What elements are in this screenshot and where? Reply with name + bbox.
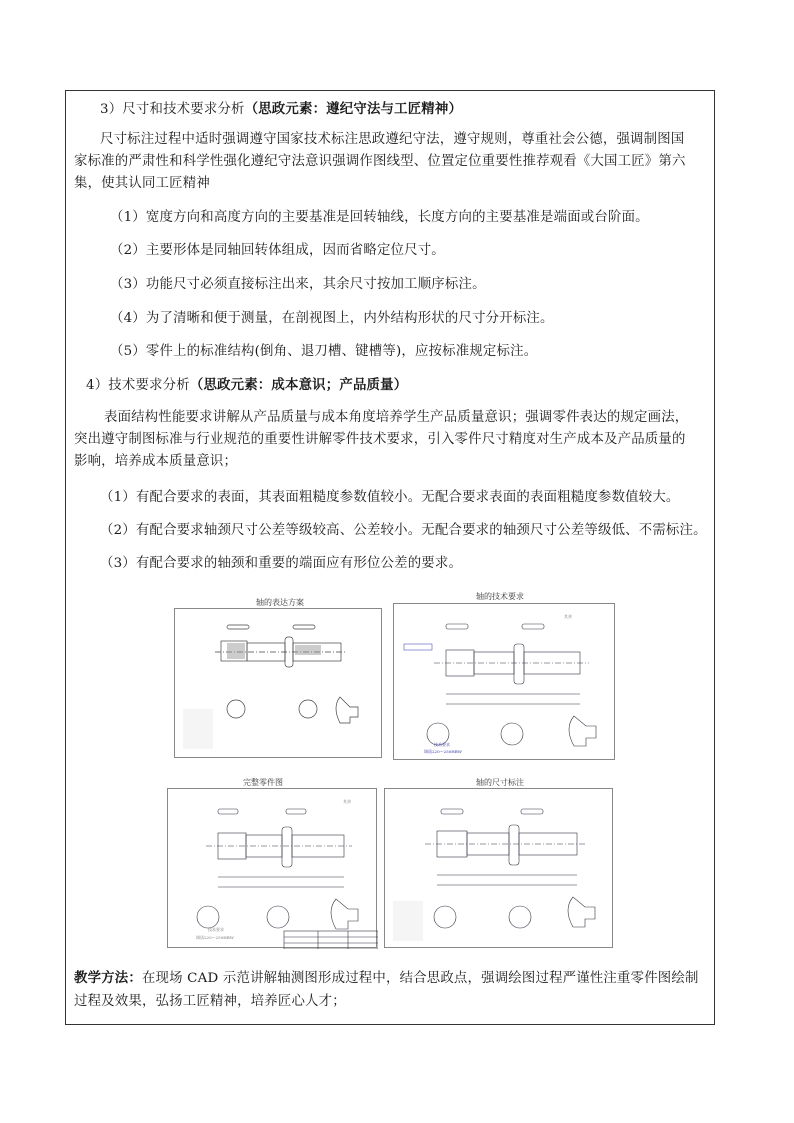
- section4-item-1: （1）有配合要求的表面，其表面粗糙度参数值较小。无配合要求表面的表面粗糙度参数值…: [100, 488, 680, 508]
- figure2-note-line2: 调质220～250HBW: [424, 749, 462, 755]
- figure1-title: 轴的表达方案: [250, 597, 310, 608]
- figure1-shaft-expression-drawing: [174, 608, 382, 758]
- teaching-method-label: 教学方法：: [74, 970, 142, 986]
- figure3-roughness-label: 其余: [343, 799, 351, 805]
- section3-item-3: （3）功能尺寸必须直接标注出来，其余尺寸按加工顺序标注。: [110, 275, 486, 295]
- section3-heading-text: 3）尺寸和技术要求分析: [100, 102, 245, 117]
- section4-item-3: （3）有配合要求的轴颈和重要的端面应有形位公差的要求。: [100, 554, 462, 574]
- shaft-drawing-icon: [394, 604, 616, 761]
- shaft-drawing-icon: [168, 789, 378, 949]
- section4-heading-bold: （思政元素：成本意识；产品质量）: [190, 377, 407, 393]
- section3-paragraph-line1: 尺寸标注过程中适时强调遵守国家技术标注思政遵纪守法，遵守规则，尊重社会公德，强调…: [100, 130, 684, 150]
- figure3-title: 完整零件图: [233, 777, 293, 788]
- section3-item-1: （1）宽度方向和高度方向的主要基准是回转轴线，长度方向的主要基准是端面或台阶面。: [110, 208, 649, 228]
- figure4-title: 轴的尺寸标注: [470, 777, 530, 788]
- teaching-method-line2: 过程及效果，弘扬工匠精神，培养匠心人才；: [74, 992, 346, 1012]
- figure3-note-line2: 调质220～250HBW: [196, 935, 234, 941]
- section4-heading-text: 4）技术要求分析: [86, 378, 190, 393]
- section4-paragraph-line3: 影响，培养成本质量意识；: [74, 452, 237, 472]
- figure2-roughness-label: 其余: [564, 614, 572, 620]
- section4-heading: 4）技术要求分析（思政元素：成本意识；产品质量）: [86, 375, 407, 396]
- shaft-drawing-icon: [175, 609, 383, 759]
- figure2-title: 轴的技术要求: [470, 591, 530, 602]
- section3-paragraph-line2: 家标准的严肃性和科学性强化遵纪守法意识强调作图线型、位置定位重要性推荐观看《大国…: [74, 152, 686, 172]
- section3-item-4: （4）为了清晰和便于测量，在剖视图上，内外结构形状的尺寸分开标注。: [110, 309, 554, 329]
- figure2-technical-requirements-drawing: 其余 技术要求 调质220～250HBW: [393, 603, 615, 760]
- section3-item-5: （5）零件上的标准结构(倒角、退刀槽、键槽等)，应按标准规定标注。: [110, 342, 537, 362]
- figure3-complete-part-drawing: 其余 技术要求 调质220～250HBW: [167, 788, 377, 948]
- section3-heading-bold: （思政元素：遵纪守法与工匠精神）: [245, 101, 462, 117]
- section3-heading: 3）尺寸和技术要求分析（思政元素：遵纪守法与工匠精神）: [100, 99, 462, 120]
- section3-item-2: （2）主要形体是同轴回转体组成，因而省略定位尺寸。: [110, 241, 445, 261]
- figure4-dimensioning-drawing: [384, 788, 613, 948]
- figure2-note-line1: 技术要求: [434, 742, 450, 748]
- teaching-method-text: 在现场 CAD 示范讲解轴测图形成过程中，结合思政点，强调绘图过程严谨性注重零件…: [142, 971, 699, 986]
- teaching-method-line1: 教学方法：在现场 CAD 示范讲解轴测图形成过程中，结合思政点，强调绘图过程严谨…: [74, 968, 699, 989]
- section4-item-2: （2）有配合要求轴颈尺寸公差等级较高、公差较小。无配合要求的轴颈尺寸公差等级低、…: [100, 521, 707, 541]
- section4-paragraph-line1: 表面结构性能要求讲解从产品质量与成本角度培养学生产品质量意识；强调零件表达的规定…: [104, 408, 688, 428]
- section4-paragraph-line2: 突出遵守制图标准与行业规范的重要性讲解零件技术要求，引入零件尺寸精度对生产成本及…: [74, 430, 686, 450]
- shaft-drawing-icon: [385, 789, 614, 949]
- section3-paragraph-line3: 集，使其认同工匠精神: [74, 174, 210, 194]
- figure3-note-line1: 技术要求: [208, 927, 224, 933]
